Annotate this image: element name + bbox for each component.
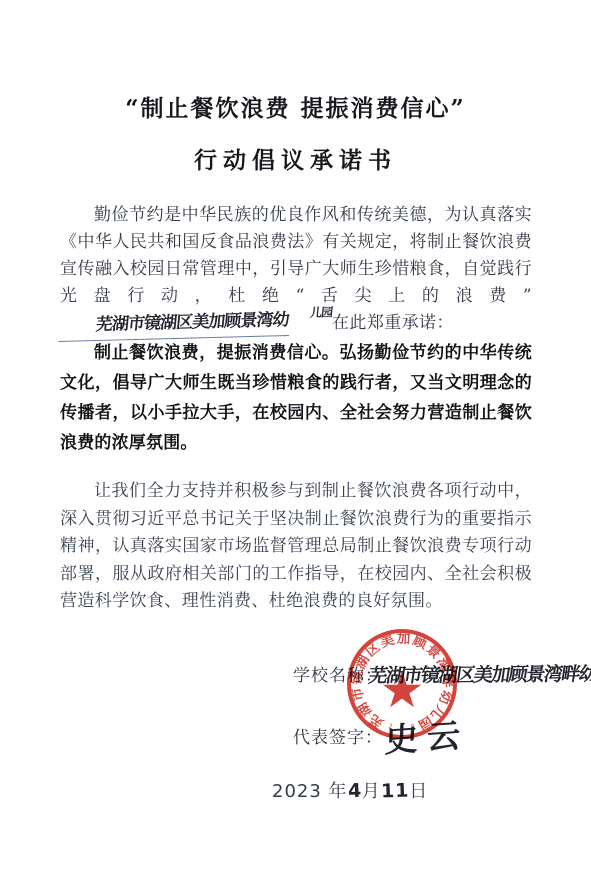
signature-label: 代表签字：	[293, 728, 383, 748]
date-line: 2023 年4月11日	[272, 777, 428, 803]
handwritten-school-name: 芜湖市镜湖区美加顾景湾畔幼儿园	[367, 659, 591, 688]
date-year-printed: 2023 年	[272, 781, 348, 802]
scanned-document-page: “制止餐饮浪费 提振消费信心” 行动倡议承诺书 勤俭节约是中华民族的优良作风和传…	[0, 0, 591, 886]
handwritten-school-name-inline: 芜湖市镜湖区美加顾景湾幼	[58, 307, 291, 342]
paragraph-intro-tail: 在此郑重承诺：	[332, 313, 454, 333]
representative-signature-line: 代表签字：史云	[293, 712, 469, 759]
date-month-char: 月	[362, 781, 381, 802]
handwritten-day-number: 11	[380, 780, 409, 803]
handwritten-insertion-above-line: 儿园	[275, 299, 334, 327]
document-title-line2: 行动倡议承诺书	[0, 142, 591, 175]
school-name-line: 学校名称：芜湖市镜湖区美加顾景湾畔幼儿园	[293, 660, 591, 687]
date-day-char: 日	[409, 781, 428, 802]
document-title-line1: “制止餐饮浪费 提振消费信心”	[0, 90, 591, 123]
paragraph-support: 让我们全力支持并积极参与到制止餐饮浪费各项行动中，深入贯彻习近平总书记关于坚决制…	[60, 478, 532, 616]
handwritten-month-number: 4	[347, 780, 362, 802]
paragraph-intro-text: 勤俭节约是中华民族的优良作风和传统美德，为认真落实《中华人民共和国反食品浪费法》…	[60, 205, 532, 306]
paragraph-commitment-bold: 制止餐饮浪费，提振消费信心。弘扬勤俭节约的中华传统文化，倡导广大师生既当珍惜粮食…	[60, 338, 532, 458]
handwritten-signature: 史云	[384, 709, 470, 762]
paragraph-intro: 勤俭节约是中华民族的优良作风和传统美德，为认真落实《中华人民共和国反食品浪费法》…	[60, 202, 532, 339]
